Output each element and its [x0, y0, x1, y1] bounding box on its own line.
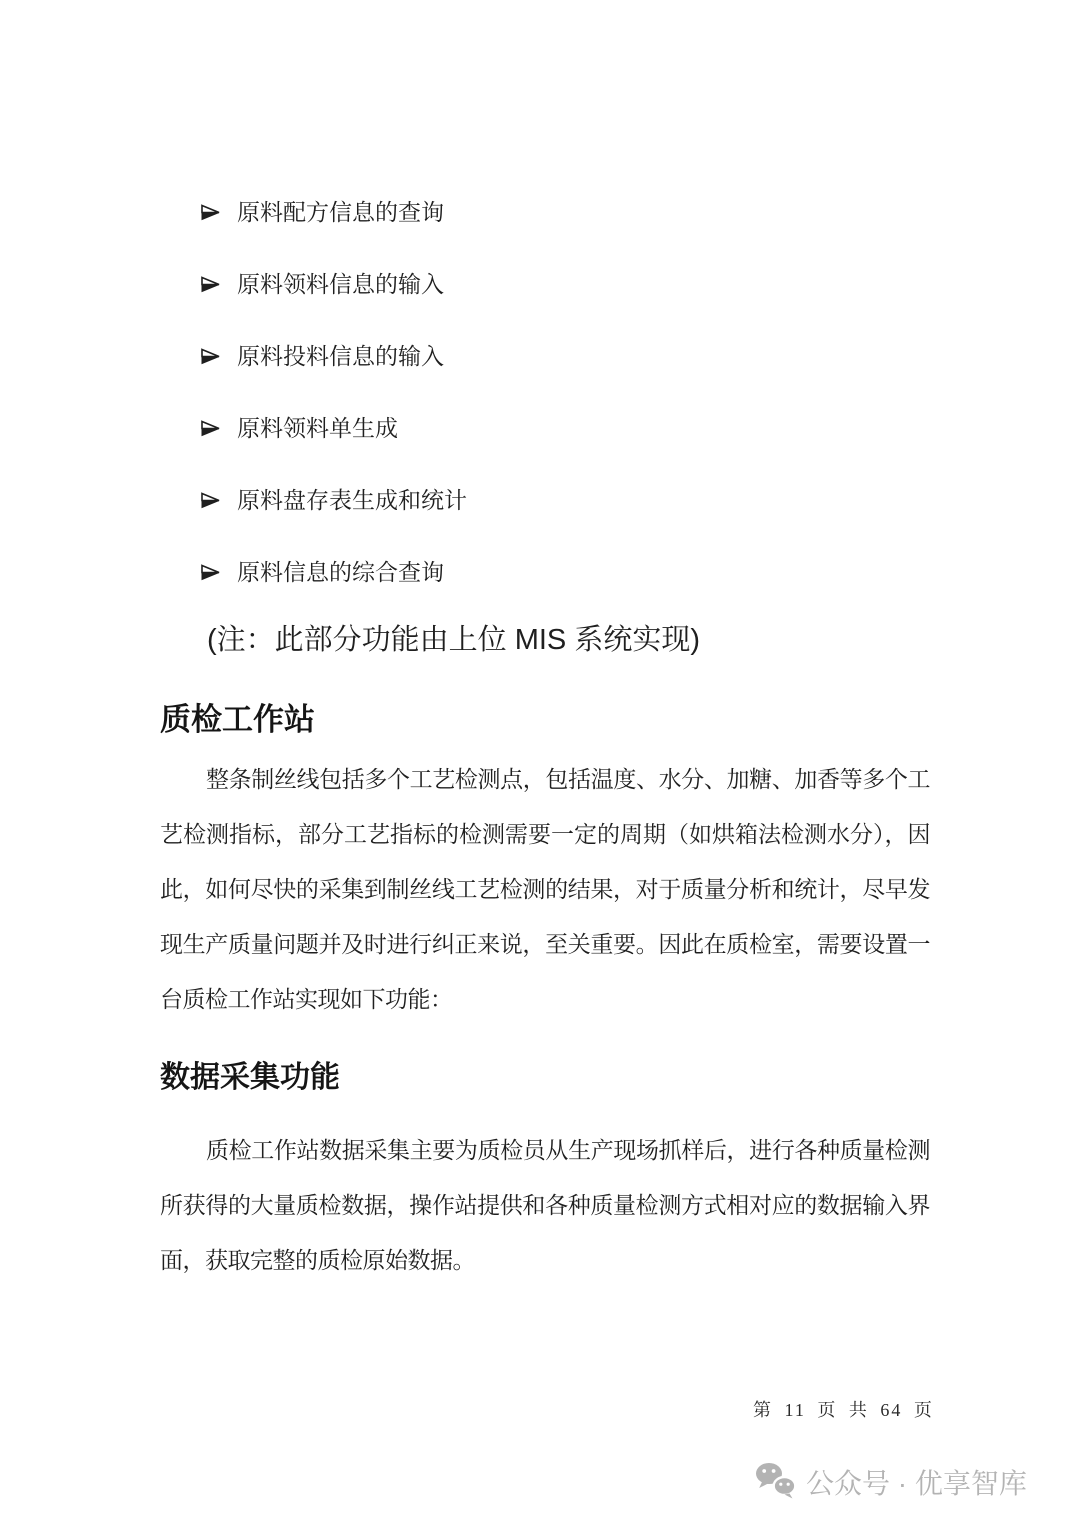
list-item-text: 原料领料信息的输入	[237, 273, 444, 296]
section-heading-data-collection: 数据采集功能	[160, 1057, 930, 1099]
list-item-text: 原料盘存表生成和统计	[237, 489, 467, 512]
list-item-text: 原料配方信息的查询	[237, 201, 444, 224]
arrow-bullet-icon	[200, 417, 237, 437]
list-item-text: 原料领料单生成	[237, 417, 398, 440]
arrow-bullet-icon	[200, 345, 237, 365]
watermark: 公众号 · 优享智库	[755, 1462, 1027, 1505]
arrow-bullet-icon	[200, 489, 237, 509]
list-item: 原料盘存表生成和统计	[160, 489, 930, 512]
list-item: 原料领料单生成	[160, 417, 930, 440]
section-paragraph-qc-workstation: 整条制丝线包括多个工艺检测点，包括温度、水分、加糖、加香等多个工艺检测指标，部分…	[160, 752, 930, 1027]
page-number: 第 11 页 共 64 页	[753, 1398, 934, 1422]
arrow-bullet-icon	[200, 201, 237, 221]
list-item: 原料配方信息的查询	[160, 201, 930, 224]
note-line: (注：此部分功能由上位 MIS 系统实现)	[207, 620, 930, 660]
document-content: 原料配方信息的查询 原料领料信息的输入 原料投料	[160, 201, 930, 1288]
watermark-text: 公众号 · 优享智库	[806, 1464, 1027, 1504]
arrow-bullet-icon	[200, 273, 237, 293]
wechat-icon	[755, 1462, 797, 1505]
arrow-bullet-icon	[200, 561, 237, 581]
list-item: 原料领料信息的输入	[160, 273, 930, 296]
list-item: 原料投料信息的输入	[160, 345, 930, 368]
section-heading-qc-workstation: 质检工作站	[160, 698, 930, 742]
section-paragraph-data-collection: 质检工作站数据采集主要为质检员从生产现场抓样后，进行各种质量检测所获得的大量质检…	[160, 1123, 930, 1288]
list-item-text: 原料投料信息的输入	[237, 345, 444, 368]
document-page: 原料配方信息的查询 原料领料信息的输入 原料投料	[0, 0, 1080, 1527]
list-item: 原料信息的综合查询	[160, 561, 930, 584]
feature-bullet-list: 原料配方信息的查询 原料领料信息的输入 原料投料	[160, 201, 930, 584]
list-item-text: 原料信息的综合查询	[237, 561, 444, 584]
